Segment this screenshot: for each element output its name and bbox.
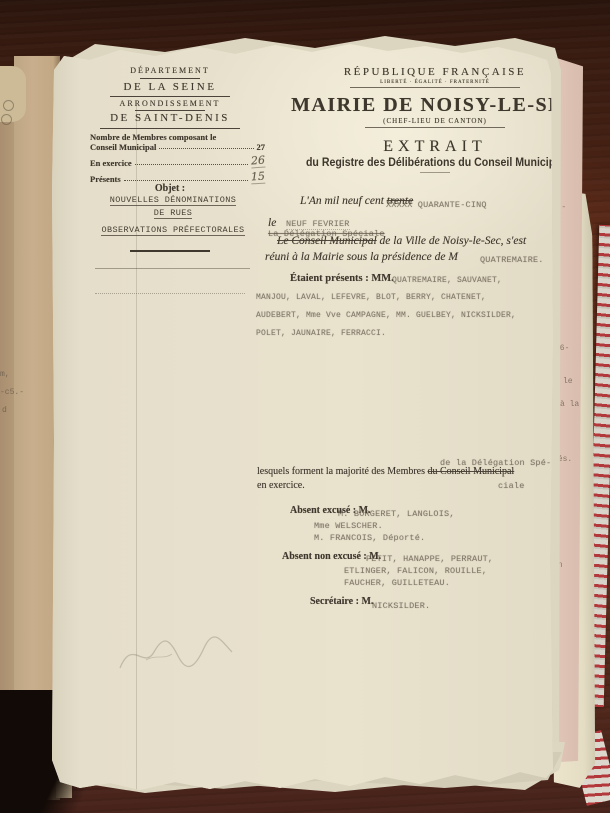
- absent-non-excuse-line: FAUCHER, GUILLETEAU.: [344, 578, 450, 588]
- members-count-block: Nombre de Membres composant le Conseil M…: [90, 132, 265, 184]
- majority-line2: en exercice.: [257, 480, 305, 491]
- members-row: Conseil Municipal 27: [90, 142, 265, 152]
- motto: LIBERTÉ · ÉGALITÉ · FRATERNITÉ: [350, 80, 520, 88]
- conseil-line: Le Conseil Municipal de la Ville de Nois…: [277, 235, 526, 247]
- members-row-label: Conseil Municipal: [90, 142, 156, 152]
- stamp-mark-icon: [1, 114, 12, 125]
- photo-of-archival-document: { "left_panel": { "departement_label": "…: [0, 0, 610, 813]
- members-row-value-handwritten: 15: [251, 170, 266, 185]
- conseil-rest: de la Ville de Noisy-le-Sec, s'est: [377, 235, 526, 247]
- objet-line-text: OBSERVATIONS PRÉFECTORALES: [101, 225, 244, 236]
- president-typed: QUATREMAIRE.: [480, 255, 544, 265]
- dotted-leader: [159, 148, 253, 149]
- left-sheet-text-fragment: m,: [0, 370, 10, 379]
- objet-line: OBSERVATIONS PRÉFECTORALES: [62, 225, 284, 235]
- secretaire-label: Secrétaire : M.: [310, 596, 373, 607]
- left-sheet-text-fragment: -c5.-: [0, 388, 24, 397]
- pink-sheet-text-fragment: à la: [560, 400, 579, 409]
- secretaire-typed: NICKSILDER.: [372, 601, 430, 611]
- presents-typed-line: QUATREMAIRE, SAUVANET,: [392, 276, 502, 285]
- stamp-mark-icon: [3, 100, 14, 111]
- members-intro: Nombre de Membres composant le: [90, 132, 265, 142]
- absent-excuse-line: M. FRANCOIS, Déporté.: [314, 533, 425, 543]
- flourish: [420, 172, 450, 173]
- presents-typed-line: AUDEBERT, Mme Vve CAMPAGNE, MM. GUELBEY,…: [256, 311, 516, 320]
- extrait-subtitle: du Registre des Délibérations du Conseil…: [269, 157, 600, 169]
- divider: [110, 96, 230, 97]
- document-sheet: DÉPARTEMENT DE LA SEINE ARRONDISSEMENT D…: [50, 40, 553, 792]
- absent-non-excuse-line: PETIT, HANAPPE, PERRAUT,: [366, 554, 493, 564]
- majority-pre: lesquels forment la majorité des Membres: [257, 466, 428, 477]
- canton-subtitle: (CHEF-LIEU DE CANTON): [365, 117, 505, 128]
- arrondissement-name: DE SAINT-DENIS: [85, 112, 255, 124]
- reuni-line: réuni à la Mairie sous la présidence de …: [265, 251, 458, 263]
- departement-label: DÉPARTEMENT: [110, 66, 230, 75]
- presents-label: Étaient présents : MM.: [290, 273, 394, 284]
- objet-line-text: NOUVELLES DÉNOMINATIONS: [110, 195, 237, 206]
- pink-sheet-text-fragment: le: [563, 377, 573, 386]
- members-row-value-handwritten: 26: [251, 154, 266, 169]
- members-row-label: En exercice: [90, 158, 132, 168]
- divider: [95, 292, 245, 294]
- majority-overlay-bottom: ciale: [498, 481, 525, 491]
- divider: [135, 110, 205, 111]
- presents-typed-line: MANJOU, LAVAL, LEFEVRE, BLOT, BERRY, CHA…: [256, 293, 486, 302]
- majority-line: lesquels forment la majorité des Membres…: [257, 466, 587, 477]
- left-sheet-text-fragment: d: [2, 406, 7, 415]
- objet-label: Objet :: [110, 183, 230, 194]
- le-word: le: [268, 217, 276, 229]
- members-row-value: 27: [257, 142, 266, 152]
- members-row: En exercice 26: [90, 154, 265, 168]
- dotted-leader: [124, 180, 248, 181]
- year-typed-overlay: XXXXX QUARANTE-CINQ: [386, 200, 487, 210]
- majority-struck: du Conseil Municipal: [428, 466, 515, 477]
- year-printed: L'An mil neuf cent: [300, 195, 387, 207]
- departement-name: DE LA SEINE: [90, 81, 250, 93]
- absent-excuse-line: M. BORGERET, LANGLOIS,: [338, 509, 455, 519]
- conseil-struck: Le Conseil Municipal: [277, 235, 377, 247]
- objet-line: NOUVELLES DÉNOMINATIONS: [68, 195, 278, 205]
- presents-typed-line: POLET, JAUNAIRE, FERRACCI.: [256, 329, 386, 338]
- arrondissement-label: ARRONDISSEMENT: [110, 99, 230, 108]
- objet-line: DE RUES: [68, 208, 278, 218]
- absent-non-excuse-line: ETLINGER, FALICON, ROUILLE,: [344, 566, 487, 576]
- objet-line-text: DE RUES: [154, 208, 193, 219]
- extrait-title: EXTRAIT: [315, 138, 555, 156]
- faint-signature-bleedthrough: [110, 630, 240, 680]
- divider: [100, 128, 240, 129]
- members-row: Présents 15: [90, 170, 265, 184]
- absent-excuse-line: Mme WELSCHER.: [314, 521, 383, 531]
- dotted-leader: [135, 164, 248, 165]
- divider: [130, 250, 210, 252]
- divider: [95, 268, 250, 269]
- divider: [140, 78, 200, 79]
